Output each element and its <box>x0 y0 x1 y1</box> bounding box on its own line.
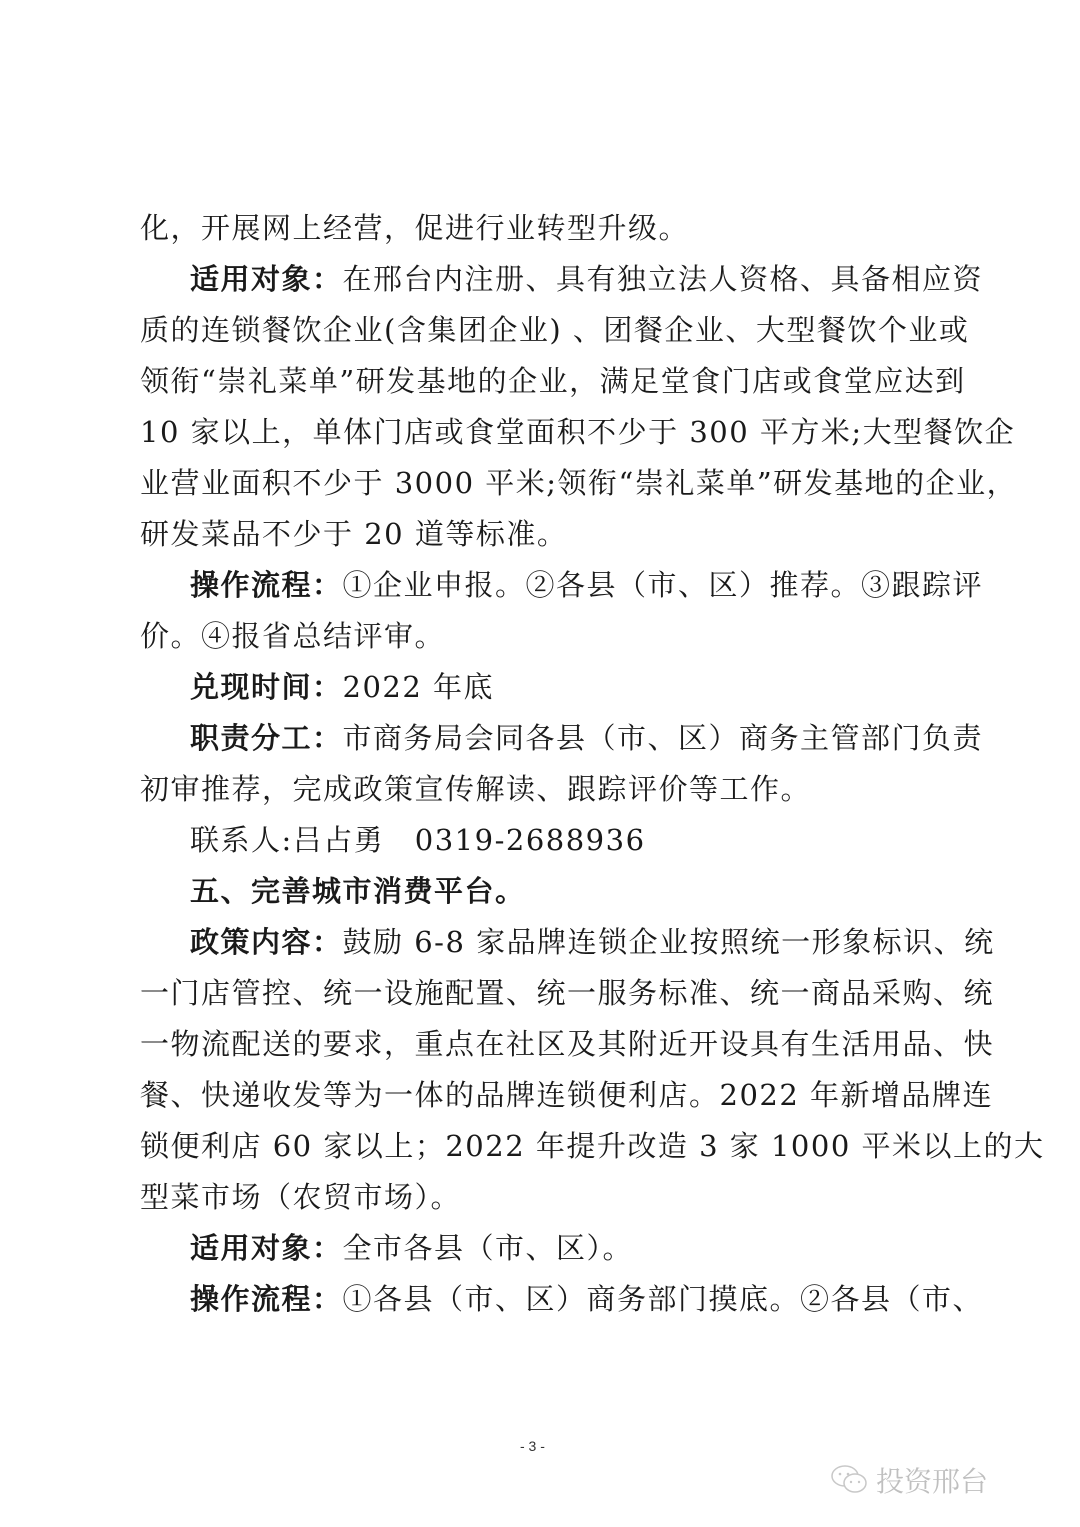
field-label: 操作流程： <box>190 568 343 602</box>
paragraph-line: 锁便利店 60 家以上；2022 年提升改造 3 家 1000 平米以上的大 <box>140 1126 940 1166</box>
line-text: 业营业面积不少于 3000 平米;领衔“崇礼菜单”研发基地的企业， <box>140 466 1017 500</box>
paragraph-line: 餐、快递收发等为一体的品牌连锁便利店。2022 年新增品牌连 <box>140 1075 940 1115</box>
field-label: 适用对象： <box>190 262 343 296</box>
line-text: 质的连锁餐饮企业(含集团企业) 、团餐企业、大型餐饮个业或 <box>140 313 969 347</box>
contact-text: 联系人:吕占勇 0319-2688936 <box>190 823 646 857</box>
paragraph-line: 操作流程：①各县（市、区）商务部门摸底。②各县（市、 <box>190 1279 940 1319</box>
paragraph-line: 兑现时间：2022 年底 <box>190 667 940 707</box>
paragraph-line: 初审推荐，完成政策宣传解读、跟踪评价等工作。 <box>140 769 940 809</box>
line-text: 10 家以上，单体门店或食堂面积不少于 300 平方米;大型餐饮企 <box>140 415 1015 449</box>
paragraph-line: 型菜市场（农贸市场）。 <box>140 1177 940 1217</box>
paragraph-line: 适用对象：在邢台内注册、具有独立法人资格、具备相应资 <box>190 259 940 299</box>
line-text: 领衔“崇礼菜单”研发基地的企业，满足堂食门店或食堂应达到 <box>140 364 966 398</box>
paragraph-line: 质的连锁餐饮企业(含集团企业) 、团餐企业、大型餐饮个业或 <box>140 310 940 350</box>
line-text: 全市各县（市、区）。 <box>343 1231 634 1265</box>
paragraph-line: 一物流配送的要求，重点在社区及其附近开设具有生活用品、快 <box>140 1024 940 1064</box>
field-label: 职责分工： <box>190 721 343 755</box>
line-text: 在邢台内注册、具有独立法人资格、具备相应资 <box>343 262 984 296</box>
paragraph-line: 职责分工：市商务局会同各县（市、区）商务主管部门负责 <box>190 718 940 758</box>
heading-text: 五、完善城市消费平台。 <box>190 874 526 908</box>
line-text: 鼓励 6-8 家品牌连锁企业按照统一形象标识、统 <box>343 925 995 959</box>
line-text: 价。④报省总结评审。 <box>140 619 445 653</box>
document-page: 化，开展网上经营，促进行业转型升级。 适用对象：在邢台内注册、具有独立法人资格、… <box>0 0 1080 1527</box>
field-label: 政策内容： <box>190 925 343 959</box>
paragraph-line: 政策内容：鼓励 6-8 家品牌连锁企业按照统一形象标识、统 <box>190 922 940 962</box>
section-heading: 五、完善城市消费平台。 <box>190 871 940 911</box>
paragraph-line: 研发菜品不少于 20 道等标准。 <box>140 514 940 554</box>
wechat-icon <box>830 1463 870 1497</box>
paragraph-line: 价。④报省总结评审。 <box>140 616 940 656</box>
paragraph-line: 业营业面积不少于 3000 平米;领衔“崇礼菜单”研发基地的企业， <box>140 463 940 503</box>
paragraph-line: 10 家以上，单体门店或食堂面积不少于 300 平方米;大型餐饮企 <box>140 412 940 452</box>
line-text: 研发菜品不少于 20 道等标准。 <box>140 517 567 551</box>
line-text: 化，开展网上经营，促进行业转型升级。 <box>140 211 689 245</box>
line-text: 餐、快递收发等为一体的品牌连锁便利店。2022 年新增品牌连 <box>140 1078 993 1112</box>
paragraph-line: 化，开展网上经营，促进行业转型升级。 <box>140 208 940 248</box>
watermark-text: 投资邢台 <box>876 1460 988 1500</box>
line-text: 初审推荐，完成政策宣传解读、跟踪评价等工作。 <box>140 772 811 806</box>
page-number: - 3 - <box>520 1438 545 1454</box>
line-text: 2022 年底 <box>343 670 495 704</box>
paragraph-line: 操作流程：①企业申报。②各县（市、区）推荐。③跟踪评 <box>190 565 940 605</box>
field-label: 操作流程： <box>190 1282 343 1316</box>
line-text: ①企业申报。②各县（市、区）推荐。③跟踪评 <box>343 568 984 602</box>
field-label: 兑现时间： <box>190 670 343 704</box>
line-text: 锁便利店 60 家以上；2022 年提升改造 3 家 1000 平米以上的大 <box>140 1129 1045 1163</box>
line-text: 一门店管控、统一设施配置、统一服务标准、统一商品采购、统 <box>140 976 994 1010</box>
paragraph-line: 适用对象：全市各县（市、区）。 <box>190 1228 940 1268</box>
paragraph-line: 领衔“崇礼菜单”研发基地的企业，满足堂食门店或食堂应达到 <box>140 361 940 401</box>
field-label: 适用对象： <box>190 1231 343 1265</box>
paragraph-line: 一门店管控、统一设施配置、统一服务标准、统一商品采购、统 <box>140 973 940 1013</box>
line-text: ①各县（市、区）商务部门摸底。②各县（市、 <box>343 1282 984 1316</box>
line-text: 型菜市场（农贸市场）。 <box>140 1180 461 1214</box>
watermark: 投资邢台 <box>830 1460 988 1500</box>
line-text: 市商务局会同各县（市、区）商务主管部门负责 <box>343 721 984 755</box>
contact-line: 联系人:吕占勇 0319-2688936 <box>190 820 940 860</box>
line-text: 一物流配送的要求，重点在社区及其附近开设具有生活用品、快 <box>140 1027 994 1061</box>
